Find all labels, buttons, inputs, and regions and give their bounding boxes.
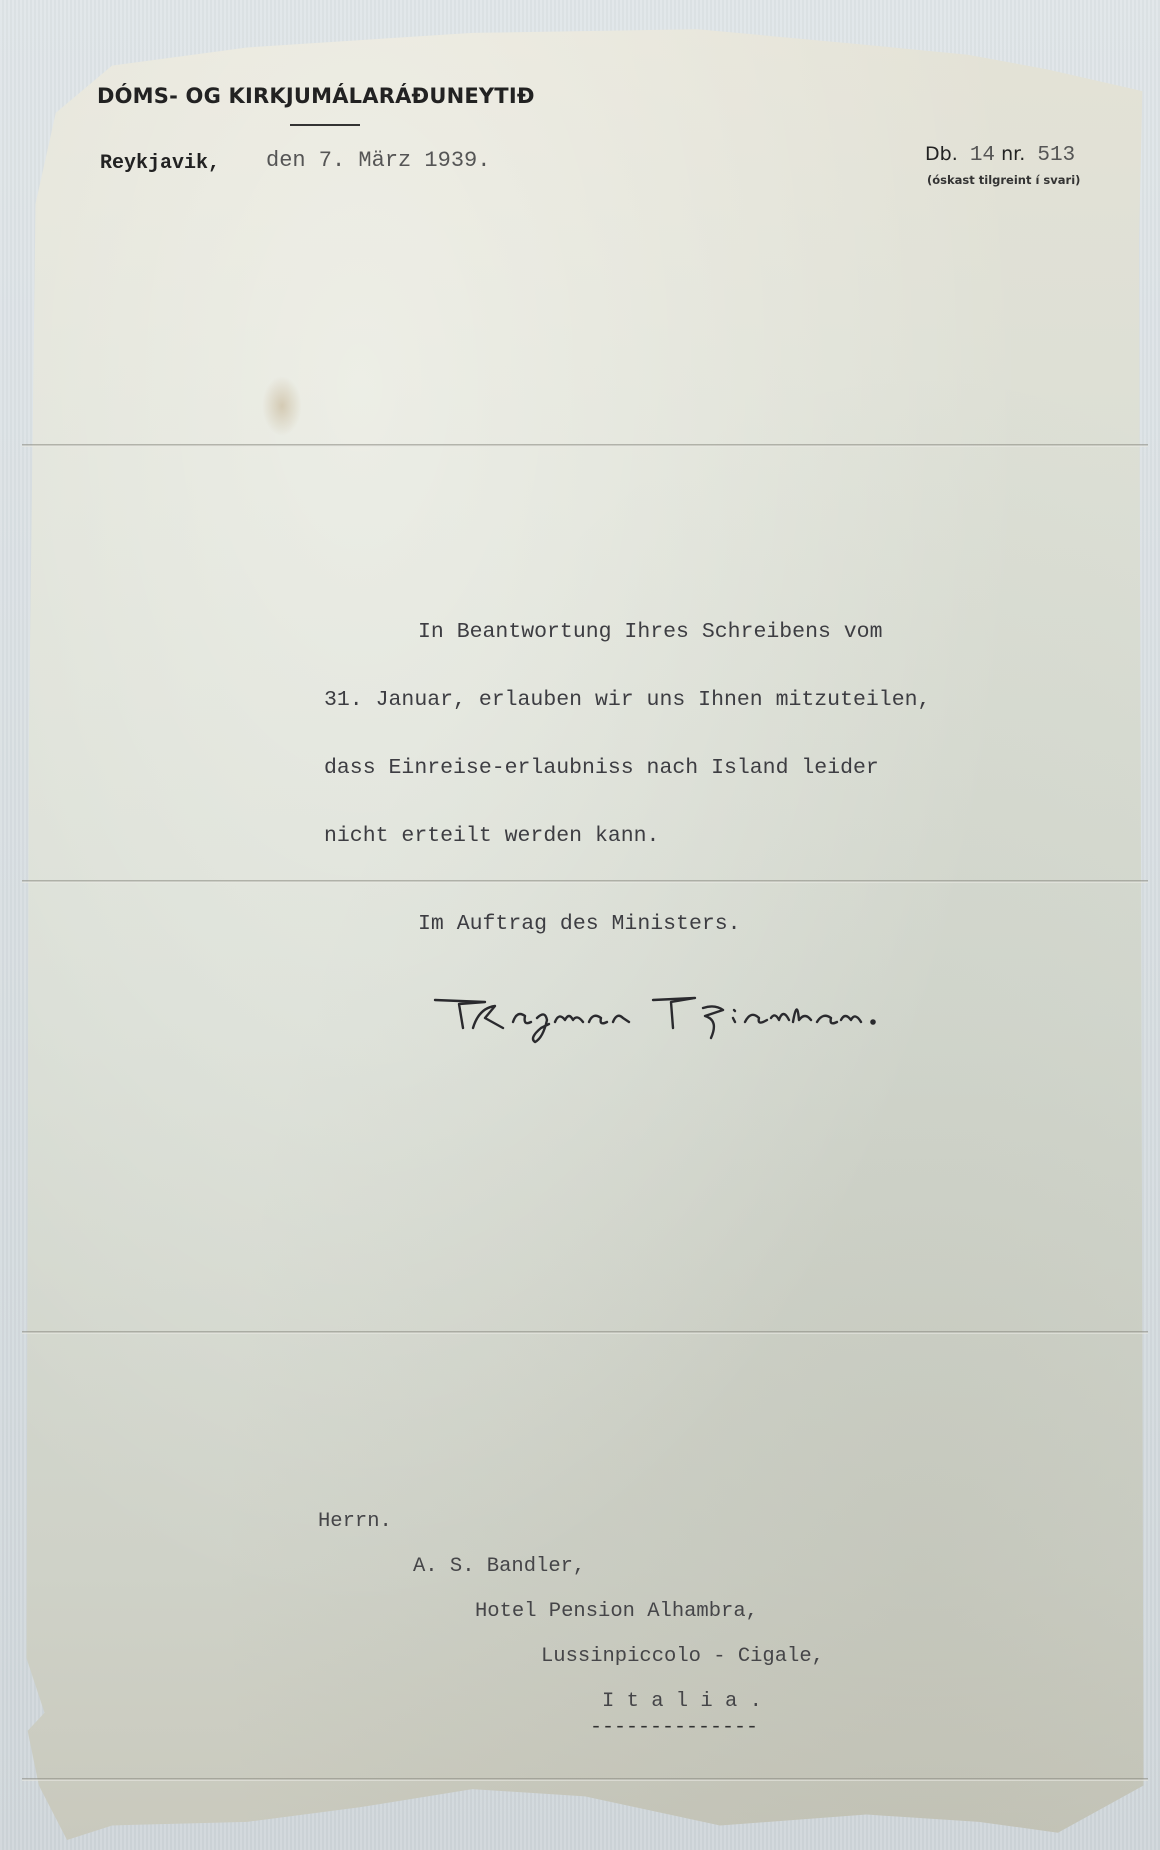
address-hotel: Hotel Pension Alhambra, (475, 1600, 758, 1623)
date: den 7. März 1939. (266, 148, 490, 173)
nr-value: 513 (1037, 144, 1075, 167)
address-city: Lussinpiccolo - Cigale, (541, 1645, 824, 1668)
signature-scribble-icon (433, 978, 933, 1048)
reference-number: Db. 14 nr. 513 (925, 143, 1075, 167)
closing: Im Auftrag des Ministers. (418, 912, 741, 936)
signature (433, 978, 933, 1048)
place: Reykjavik, (100, 152, 220, 175)
fold-line (22, 444, 1148, 447)
fold-line (22, 880, 1148, 883)
nr-label: nr. (1001, 143, 1025, 165)
address-salutation: Herrn. (318, 1510, 392, 1533)
body-line: nicht erteilt werden kann. (324, 824, 659, 848)
paper-stain (262, 376, 302, 436)
ministry-letterhead: DÓMS- OG KIRKJUMÁLARÁÐUNEYTIÐ (97, 84, 535, 108)
address-underline: -------------- (590, 1716, 758, 1739)
db-value: 14 (970, 144, 995, 167)
address-name: A. S. Bandler, (413, 1555, 585, 1578)
address-country: I t a l i a . (602, 1690, 762, 1713)
body-line: dass Einreise-erlaubniss nach Island lei… (324, 756, 879, 780)
body-line: 31. Januar, erlauben wir uns Ihnen mitzu… (324, 688, 930, 712)
db-label: Db. (925, 143, 958, 165)
letterhead-rule (290, 124, 360, 126)
body-line: In Beantwortung Ihres Schreibens vom (418, 620, 882, 644)
fold-line (22, 1778, 1148, 1781)
reference-note: (óskast tilgreint í svari) (927, 173, 1080, 187)
fold-line (22, 1331, 1148, 1334)
